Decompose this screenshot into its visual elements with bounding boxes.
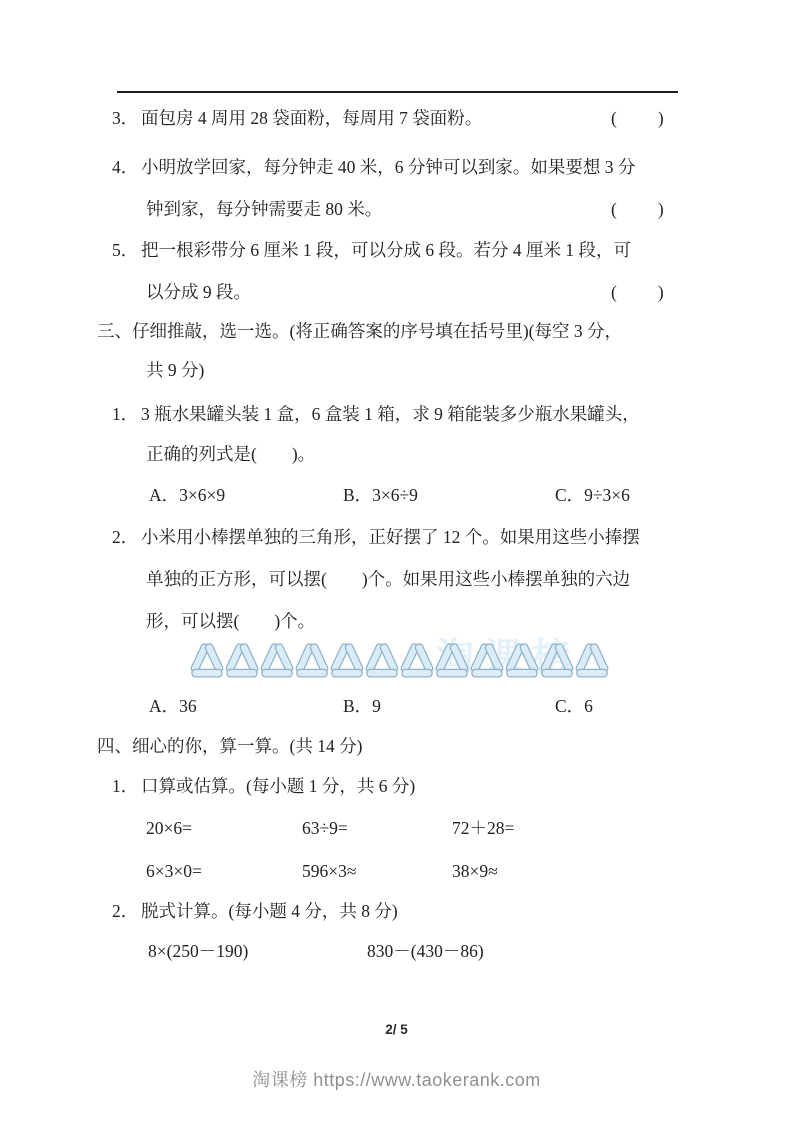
- stick-triangle-icon: [540, 638, 574, 680]
- question-text: 正确的列式是( )。: [146, 444, 315, 464]
- footer-site-link: 淘课榜 https://www.taokerank.com: [0, 1066, 793, 1092]
- heading-text: 共 9 分): [146, 360, 204, 380]
- section-3-heading-line-1: 三、仔细推敲，选一选。(将正确答案的序号填在括号里)(每空 3 分，: [97, 318, 693, 344]
- question-text: 以分成 9 段。: [146, 282, 251, 302]
- stick-triangle-icon: [365, 638, 399, 680]
- choice-q2-line-1: 2．小米用小棒摆单独的三角形，正好摆了 12 个。如果用这些小捧摆: [97, 524, 693, 550]
- calc-q2-title: 2．脱式计算。(每小题 4 分，共 8 分): [97, 898, 693, 924]
- exam-page: 淘课榜 3．面包房 4 周用 28 袋面粉，每周用 7 袋面粉。 ( ) 4．小…: [0, 0, 793, 1122]
- stick-triangle-icon: [260, 638, 294, 680]
- page-number: 2/ 5: [0, 1022, 793, 1037]
- calc-expression: 6×3×0=: [146, 858, 302, 884]
- judge-item-5-line-2: 以分成 9 段。 ( ): [97, 279, 693, 305]
- question-number: 4．: [112, 154, 141, 180]
- question-text: 脱式计算。(每小题 4 分，共 8 分): [141, 901, 398, 921]
- oral-calc-row-1: 20×6=63÷9=72＋28=: [97, 815, 693, 841]
- judge-item-4-line-1: 4．小明放学回家，每分钟走 40 米，6 分钟可以到家。如果要想 3 分: [97, 154, 693, 180]
- question-number: 1．: [112, 773, 141, 799]
- question-text: 单独的正方形，可以摆( )个。如果用这些小棒摆单独的六边: [146, 569, 630, 589]
- question-text: 形，可以摆( )个。: [146, 611, 315, 631]
- choice-q2-options: A．36B．9C．6: [97, 693, 693, 719]
- calc-expression: 72＋28=: [452, 815, 514, 841]
- question-number: 3．: [112, 105, 141, 131]
- option-b: B．3×6÷9: [343, 482, 555, 508]
- calc-expression: 38×9≈: [452, 858, 498, 884]
- question-text: 小米用小棒摆单独的三角形，正好摆了 12 个。如果用这些小捧摆: [141, 527, 640, 547]
- question-number: 1．: [112, 401, 141, 427]
- judge-item-4-line-2: 钟到家，每分钟需要走 80 米。 ( ): [97, 196, 693, 222]
- stick-triangle-icon: [295, 638, 329, 680]
- choice-q1-line-1: 1．3 瓶水果罐头装 1 盒，6 盒装 1 箱，求 9 箱能装多少瓶水果罐头，: [97, 401, 693, 427]
- question-number: 2．: [112, 898, 141, 924]
- answer-bracket: ( ): [611, 196, 666, 222]
- judge-item-3: 3．面包房 4 周用 28 袋面粉，每周用 7 袋面粉。 ( ): [97, 105, 693, 131]
- answer-bracket: ( ): [611, 105, 666, 131]
- question-text: 面包房 4 周用 28 袋面粉，每周用 7 袋面粉。: [141, 108, 482, 128]
- choice-q2-line-2: 单独的正方形，可以摆( )个。如果用这些小棒摆单独的六边: [97, 566, 693, 592]
- choice-q2-line-3: 形，可以摆( )个。: [97, 608, 693, 634]
- answer-bracket: ( ): [611, 279, 666, 305]
- calc-expression: 8×(250－190): [148, 938, 367, 964]
- choice-q1-line-2: 正确的列式是( )。: [97, 441, 693, 467]
- section-3-heading-line-2: 共 9 分): [97, 357, 693, 383]
- stick-triangle-icon: [505, 638, 539, 680]
- question-text: 把一根彩带分 6 厘米 1 段，可以分成 6 段。若分 4 厘米 1 段，可: [141, 240, 631, 260]
- stick-triangle-icon: [435, 638, 469, 680]
- question-text: 3 瓶水果罐头装 1 盒，6 盒装 1 箱，求 9 箱能装多少瓶水果罐头，: [141, 404, 640, 424]
- stick-triangle-icon: [400, 638, 434, 680]
- stick-triangle-icon: [190, 638, 224, 680]
- question-text: 钟到家，每分钟需要走 80 米。: [146, 199, 382, 219]
- stick-triangle-icon: [575, 638, 609, 680]
- calc-expression: 20×6=: [146, 815, 302, 841]
- option-c: C．9÷3×6: [555, 482, 630, 508]
- stick-triangle-icon: [330, 638, 364, 680]
- question-text: 小明放学回家，每分钟走 40 米，6 分钟可以到家。如果要想 3 分: [141, 157, 635, 177]
- option-b: B．9: [343, 693, 555, 719]
- calc-q1-title: 1．口算或估算。(每小题 1 分，共 6 分): [97, 773, 693, 799]
- option-a: A．36: [149, 693, 343, 719]
- oral-calc-row-2: 6×3×0=596×3≈38×9≈: [97, 858, 693, 884]
- choice-q2-figure: [97, 638, 693, 680]
- calc-expression: 596×3≈: [302, 858, 452, 884]
- option-c: C．6: [555, 693, 593, 719]
- section-4-heading: 四、细心的你，算一算。(共 14 分): [97, 733, 693, 759]
- question-text: 口算或估算。(每小题 1 分，共 6 分): [141, 776, 415, 796]
- option-a: A．3×6×9: [149, 482, 343, 508]
- judge-item-5-line-1: 5．把一根彩带分 6 厘米 1 段，可以分成 6 段。若分 4 厘米 1 段，可: [97, 237, 693, 263]
- step-calc-expressions: 8×(250－190)830－(430－86): [97, 938, 693, 964]
- question-number: 2．: [112, 524, 141, 550]
- stick-triangle-icon: [225, 638, 259, 680]
- calc-expression: 63÷9=: [302, 815, 452, 841]
- calc-expression: 830－(430－86): [367, 938, 484, 964]
- triangle-figure: [190, 638, 693, 680]
- question-number: 5．: [112, 237, 141, 263]
- choice-q1-options: A．3×6×9B．3×6÷9C．9÷3×6: [97, 482, 693, 508]
- stick-triangle-icon: [470, 638, 504, 680]
- header-rule: [117, 91, 678, 93]
